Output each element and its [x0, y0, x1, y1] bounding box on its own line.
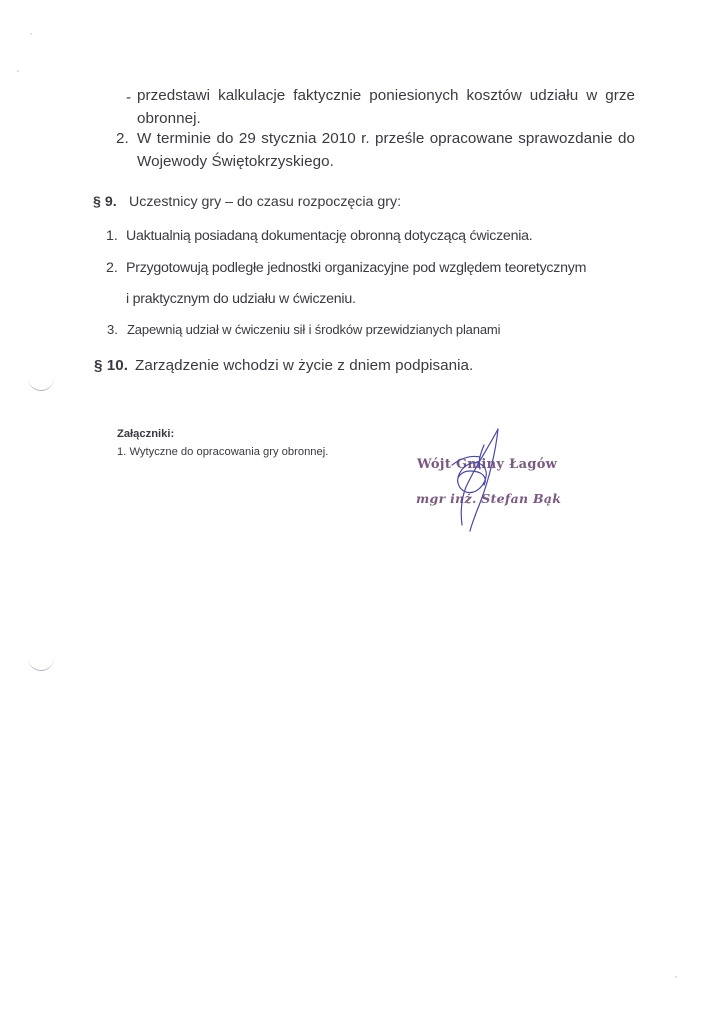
section-heading: Uczestnicy gry – do czasu rozpoczęcia gr… [129, 194, 401, 210]
word: do [618, 130, 635, 147]
word: W [137, 130, 151, 147]
list-number: 1. [106, 228, 118, 244]
word: faktycznie [293, 87, 361, 104]
list-number: 2. [116, 130, 129, 147]
punch-hole-mark [28, 376, 54, 391]
scan-speck [17, 70, 19, 72]
attachment-item: 1. Wytyczne do opracowania gry obronnej. [117, 446, 328, 458]
item-2-line-2: Wojewody Świętokrzyskiego. [137, 153, 334, 170]
word: do [217, 130, 234, 147]
list-item: Przygotowują podległe jednostki organiza… [126, 260, 586, 276]
word: kosztów [467, 87, 522, 104]
word: prześle [375, 130, 424, 147]
word: udziału [530, 87, 578, 104]
list-item-continuation: i praktycznym do udziału w ćwiczeniu. [126, 291, 356, 307]
attachments-heading: Załączniki: [117, 428, 174, 440]
section-text: Zarządzenie wchodzi w życie z dniem podp… [135, 357, 473, 374]
word: opracowane [430, 130, 513, 147]
word: w [586, 87, 597, 104]
list-item: Zapewnią udział w ćwiczeniu sił i środkó… [127, 322, 500, 337]
word: sprawozdanie [518, 130, 612, 147]
word: 29 [239, 130, 256, 147]
punch-hole-mark [28, 656, 54, 671]
bullet-dash: - [126, 89, 131, 106]
section-mark: § 10. [94, 357, 128, 374]
word: r. [361, 130, 370, 147]
word: przedstawi [137, 87, 210, 104]
list-item: Uaktualnią posiadaną dokumentację obronn… [126, 228, 532, 244]
section-mark: § 9. [93, 194, 117, 210]
continuation-line-1: przedstawikalkulacjefaktycznieponiesiony… [137, 87, 635, 104]
word: kalkulacje [218, 87, 285, 104]
continuation-line-2: obronnej. [137, 110, 201, 127]
item-2-line-1: Wterminiedo29stycznia2010r.prześleopraco… [137, 130, 635, 147]
word: 2010 [322, 130, 356, 147]
word: grze [605, 87, 635, 104]
scan-speck [675, 976, 677, 978]
list-number: 3. [107, 322, 118, 337]
word: poniesionych [369, 87, 458, 104]
handwritten-signature [440, 425, 520, 535]
word: terminie [157, 130, 211, 147]
list-number: 2. [106, 260, 118, 276]
scan-speck [30, 33, 32, 35]
word: stycznia [261, 130, 316, 147]
